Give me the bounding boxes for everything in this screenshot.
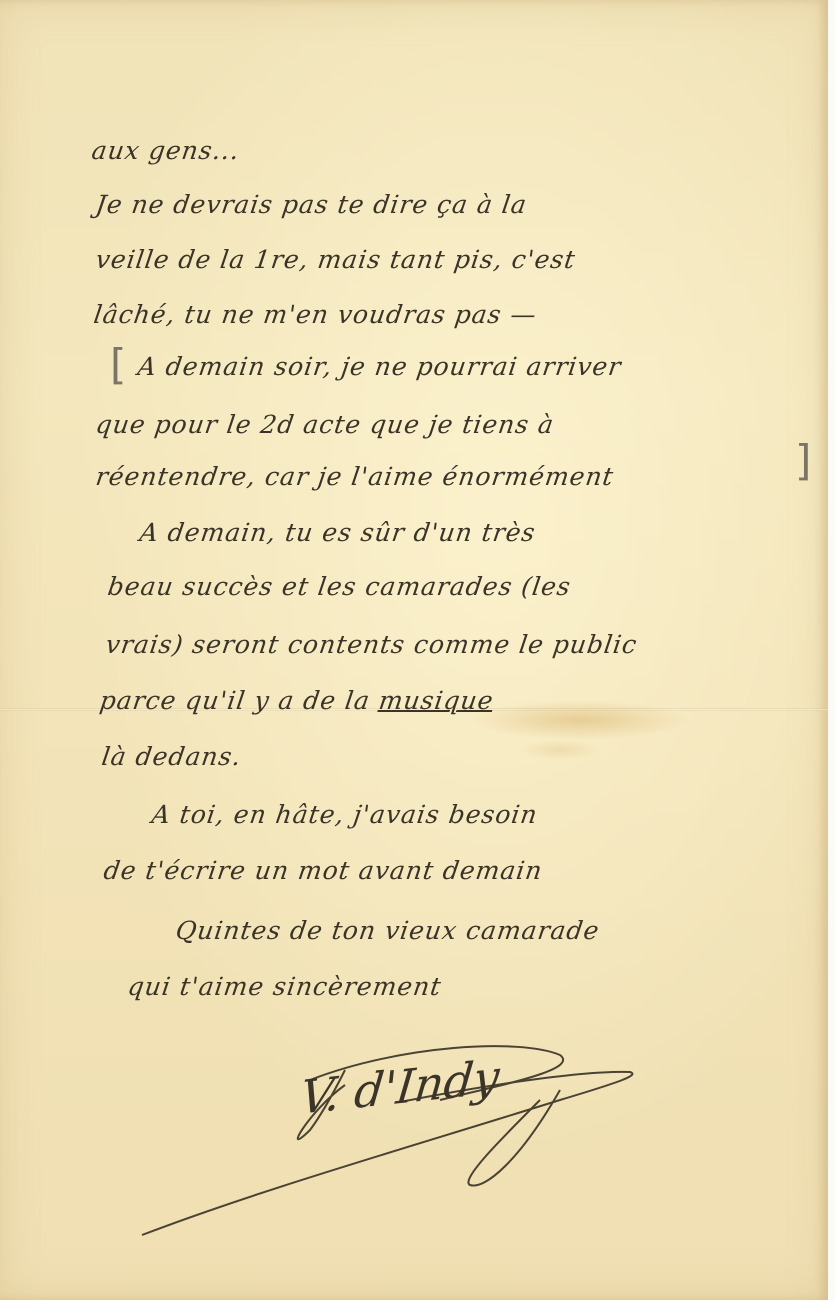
page-edge (828, 0, 835, 1300)
bracket-close-mark: ] (795, 436, 811, 485)
letter-line: là dedans. (100, 742, 244, 771)
paper-stain (520, 740, 600, 760)
letter-line: lâché, tu ne m'en voudras pas — (92, 300, 539, 329)
letter-line: beau succès et les camarades (les (106, 572, 573, 601)
letter-line-text: parce qu'il y a de la musique (98, 686, 496, 715)
letter-line: que pour le 2d acte que je tiens à (94, 410, 556, 439)
bracket-open-mark: [ (110, 340, 126, 389)
letter-line: A toi, en hâte, j'avais besoin (150, 800, 540, 829)
letter-line: vrais) seront contents comme le public (104, 630, 639, 659)
letter-line: A demain soir, je ne pourrai arriver (136, 352, 623, 381)
letter-line: réentendre, car je l'aime énormément (94, 462, 616, 491)
letter-line: veille de la 1re, mais tant pis, c'est (94, 245, 578, 274)
letter-line: qui t'aime sincèrement (126, 972, 444, 1001)
letter-line: aux gens... (90, 136, 242, 165)
letter-line: Quintes de ton vieux camarade (174, 916, 602, 945)
paper-stain (470, 700, 690, 740)
letter-line: A demain, tu es sûr d'un très (138, 518, 538, 547)
underlined-word: musique (377, 686, 496, 715)
letter-line: parce qu'il y a de la musique (98, 686, 496, 715)
letter-line: de t'écrire un mot avant demain (102, 856, 545, 885)
letter-line: Je ne devrais pas te dire ça à la (94, 190, 529, 219)
